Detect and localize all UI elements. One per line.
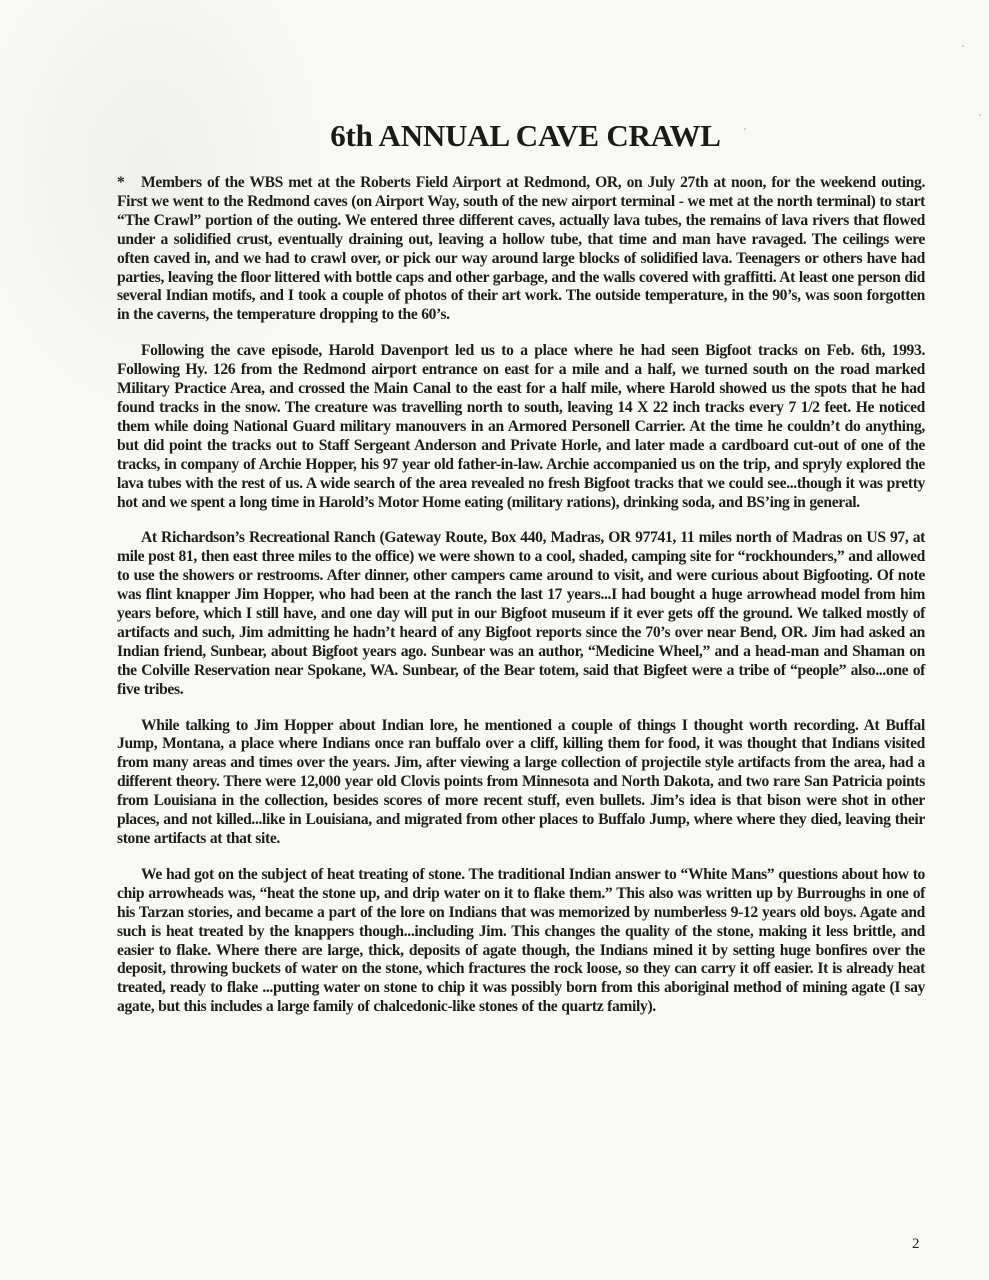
paper-speck bbox=[552, 806, 554, 808]
paragraph-cave-crawl: *Members of the WBS met at the Roberts F… bbox=[117, 174, 925, 325]
paragraph-text: Members of the WBS met at the Roberts Fi… bbox=[117, 174, 925, 323]
paragraph-richardsons-ranch: At Richardson’s Recreational Ranch (Gate… bbox=[117, 529, 925, 699]
paragraph-indian-lore: While talking to Jim Hopper about Indian… bbox=[117, 717, 925, 849]
asterisk-bullet: * bbox=[117, 174, 141, 193]
paragraph-heat-treating: We had got on the subject of heat treati… bbox=[117, 866, 925, 1017]
document-page: 6th ANNUAL CAVE CRAWL *Members of the WB… bbox=[0, 0, 989, 1280]
page-number: 2 bbox=[912, 1236, 920, 1253]
paragraph-bigfoot-tracks: Following the cave episode, Harold Daven… bbox=[117, 342, 925, 512]
paper-speck bbox=[744, 128, 746, 130]
article-body: *Members of the WBS met at the Roberts F… bbox=[117, 174, 925, 1034]
paper-speck bbox=[962, 45, 964, 47]
paper-speck bbox=[979, 114, 981, 116]
article-title: 6th ANNUAL CAVE CRAWL bbox=[0, 118, 989, 154]
